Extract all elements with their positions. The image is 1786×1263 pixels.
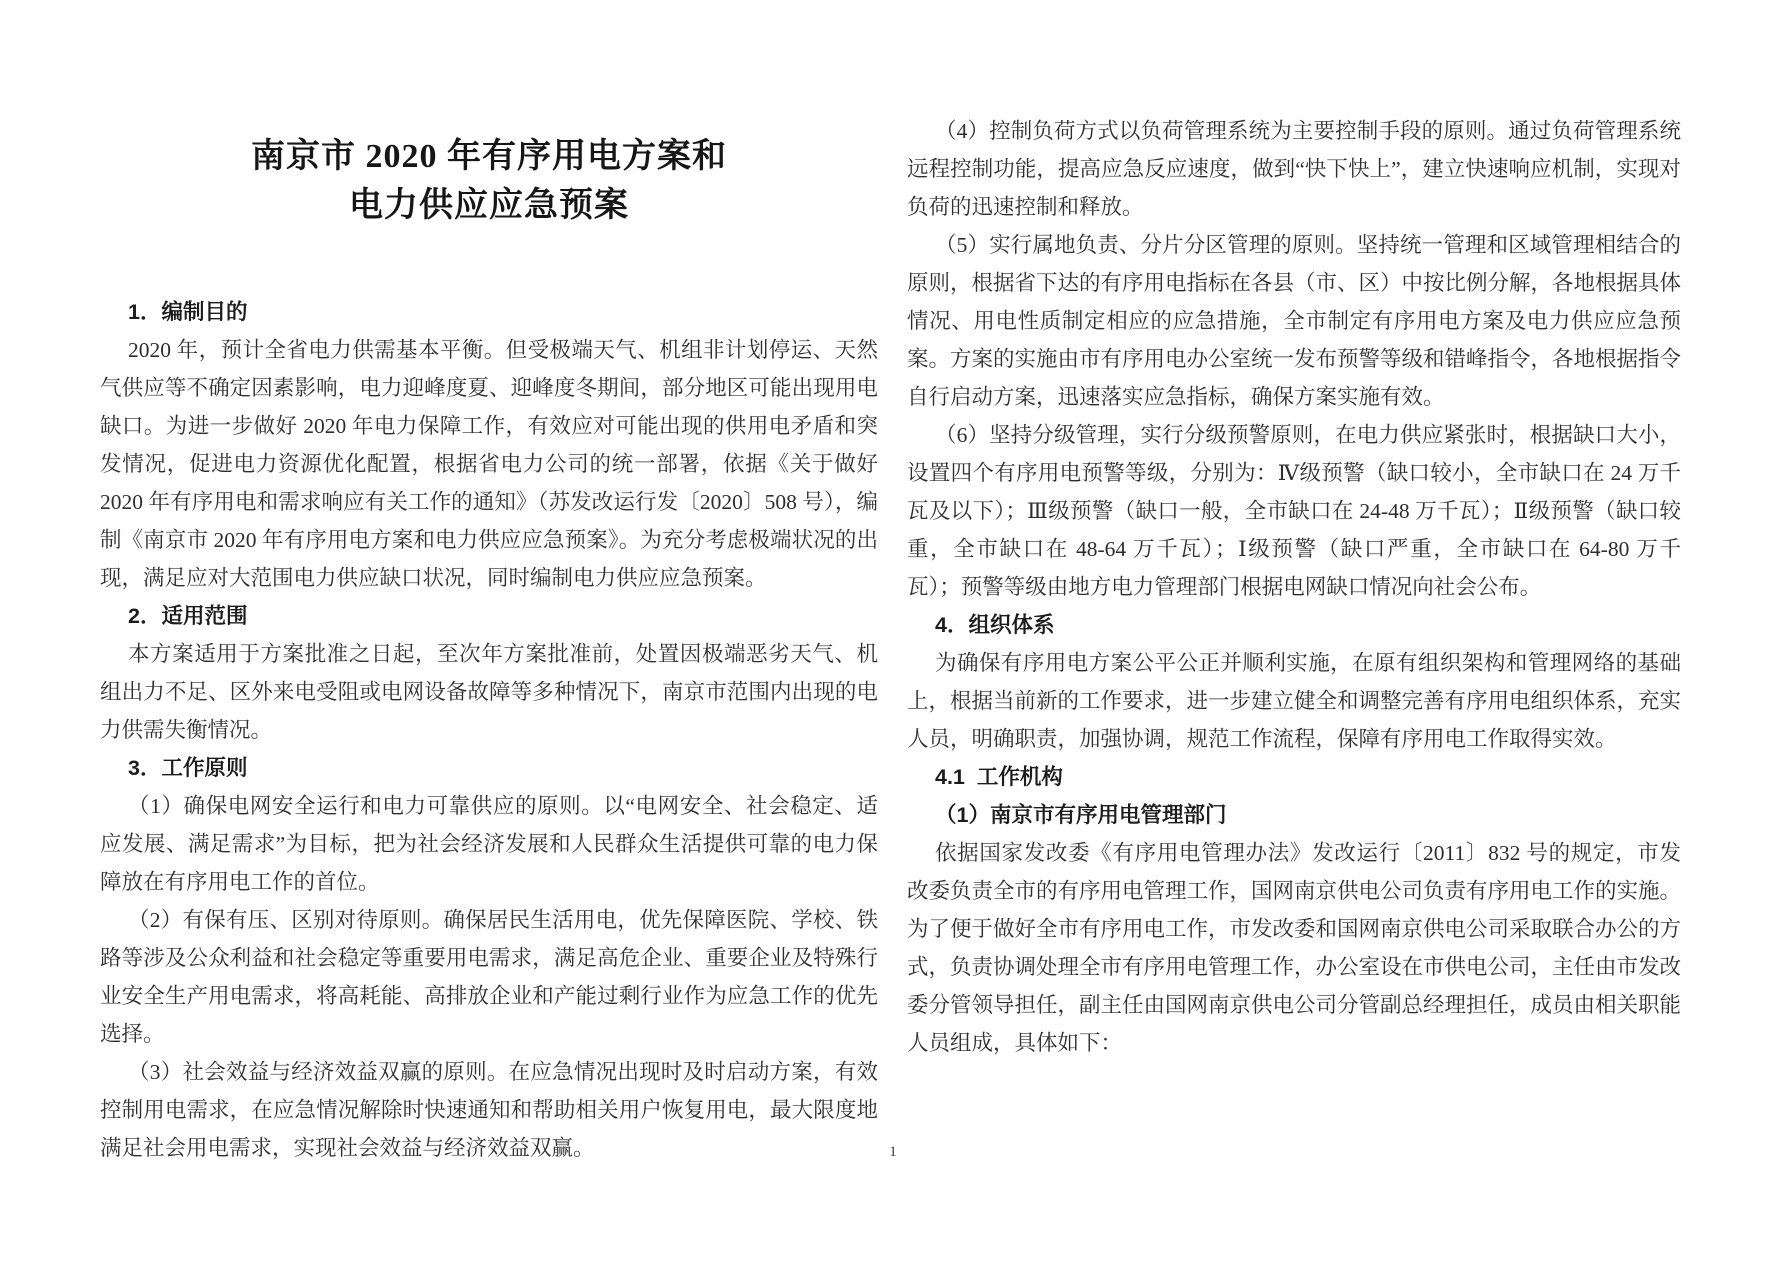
document-title-line-1: 南京市 2020 年有序用电方案和: [100, 132, 878, 181]
section-heading: 4．组织体系: [907, 606, 1681, 644]
section-heading: 4.1 工作机构: [907, 758, 1681, 796]
body-paragraph: （2）有保有压、区别对待原则。确保居民生活用电，优先保障医院、学校、铁路等涉及公…: [100, 901, 878, 1053]
body-paragraph: （1）确保电网安全运行和电力可靠供应的原则。以“电网安全、社会稳定、适应发展、满…: [100, 787, 878, 901]
document-page: 南京市 2020 年有序用电方案和 电力供应应急预案 1．编制目的2020 年，…: [0, 0, 1786, 1263]
body-paragraph: （4）控制负荷方式以负荷管理系统为主要控制手段的原则。通过负荷管理系统远程控制功…: [907, 112, 1681, 226]
body-paragraph: 为确保有序用电方案公平公正并顺利实施，在原有组织架构和管理网络的基础上，根据当前…: [907, 644, 1681, 758]
body-paragraph: （5）实行属地负责、分片分区管理的原则。坚持统一管理和区域管理相结合的原则，根据…: [907, 226, 1681, 416]
page-number: 1: [0, 1142, 1786, 1162]
body-paragraph: 本方案适用于方案批准之日起，至次年方案批准前，处置因极端恶劣天气、机组出力不足、…: [100, 635, 878, 749]
body-paragraph: （6）坚持分级管理，实行分级预警原则，在电力供应紧张时，根据缺口大小，设置四个有…: [907, 416, 1681, 606]
left-column-text: 1．编制目的2020 年，预计全省电力供需基本平衡。但受极端天气、机组非计划停运…: [100, 293, 878, 1167]
right-column-text: （4）控制负荷方式以负荷管理系统为主要控制手段的原则。通过负荷管理系统远程控制功…: [907, 112, 1681, 1062]
body-paragraph: 依据国家发改委《有序用电管理办法》发改运行〔2011〕832 号的规定，市发改委…: [907, 834, 1681, 1062]
section-heading: （1）南京市有序用电管理部门: [907, 796, 1681, 834]
document-title: 南京市 2020 年有序用电方案和 电力供应应急预案: [100, 132, 878, 230]
left-column: 南京市 2020 年有序用电方案和 电力供应应急预案 1．编制目的2020 年，…: [100, 132, 878, 1167]
document-title-line-2: 电力供应应急预案: [100, 181, 878, 230]
section-heading: 2．适用范围: [100, 597, 878, 635]
body-paragraph: 2020 年，预计全省电力供需基本平衡。但受极端天气、机组非计划停运、天然气供应…: [100, 331, 878, 597]
section-heading: 3．工作原则: [100, 749, 878, 787]
section-heading: 1．编制目的: [100, 293, 878, 331]
right-column: （4）控制负荷方式以负荷管理系统为主要控制手段的原则。通过负荷管理系统远程控制功…: [907, 112, 1681, 1062]
